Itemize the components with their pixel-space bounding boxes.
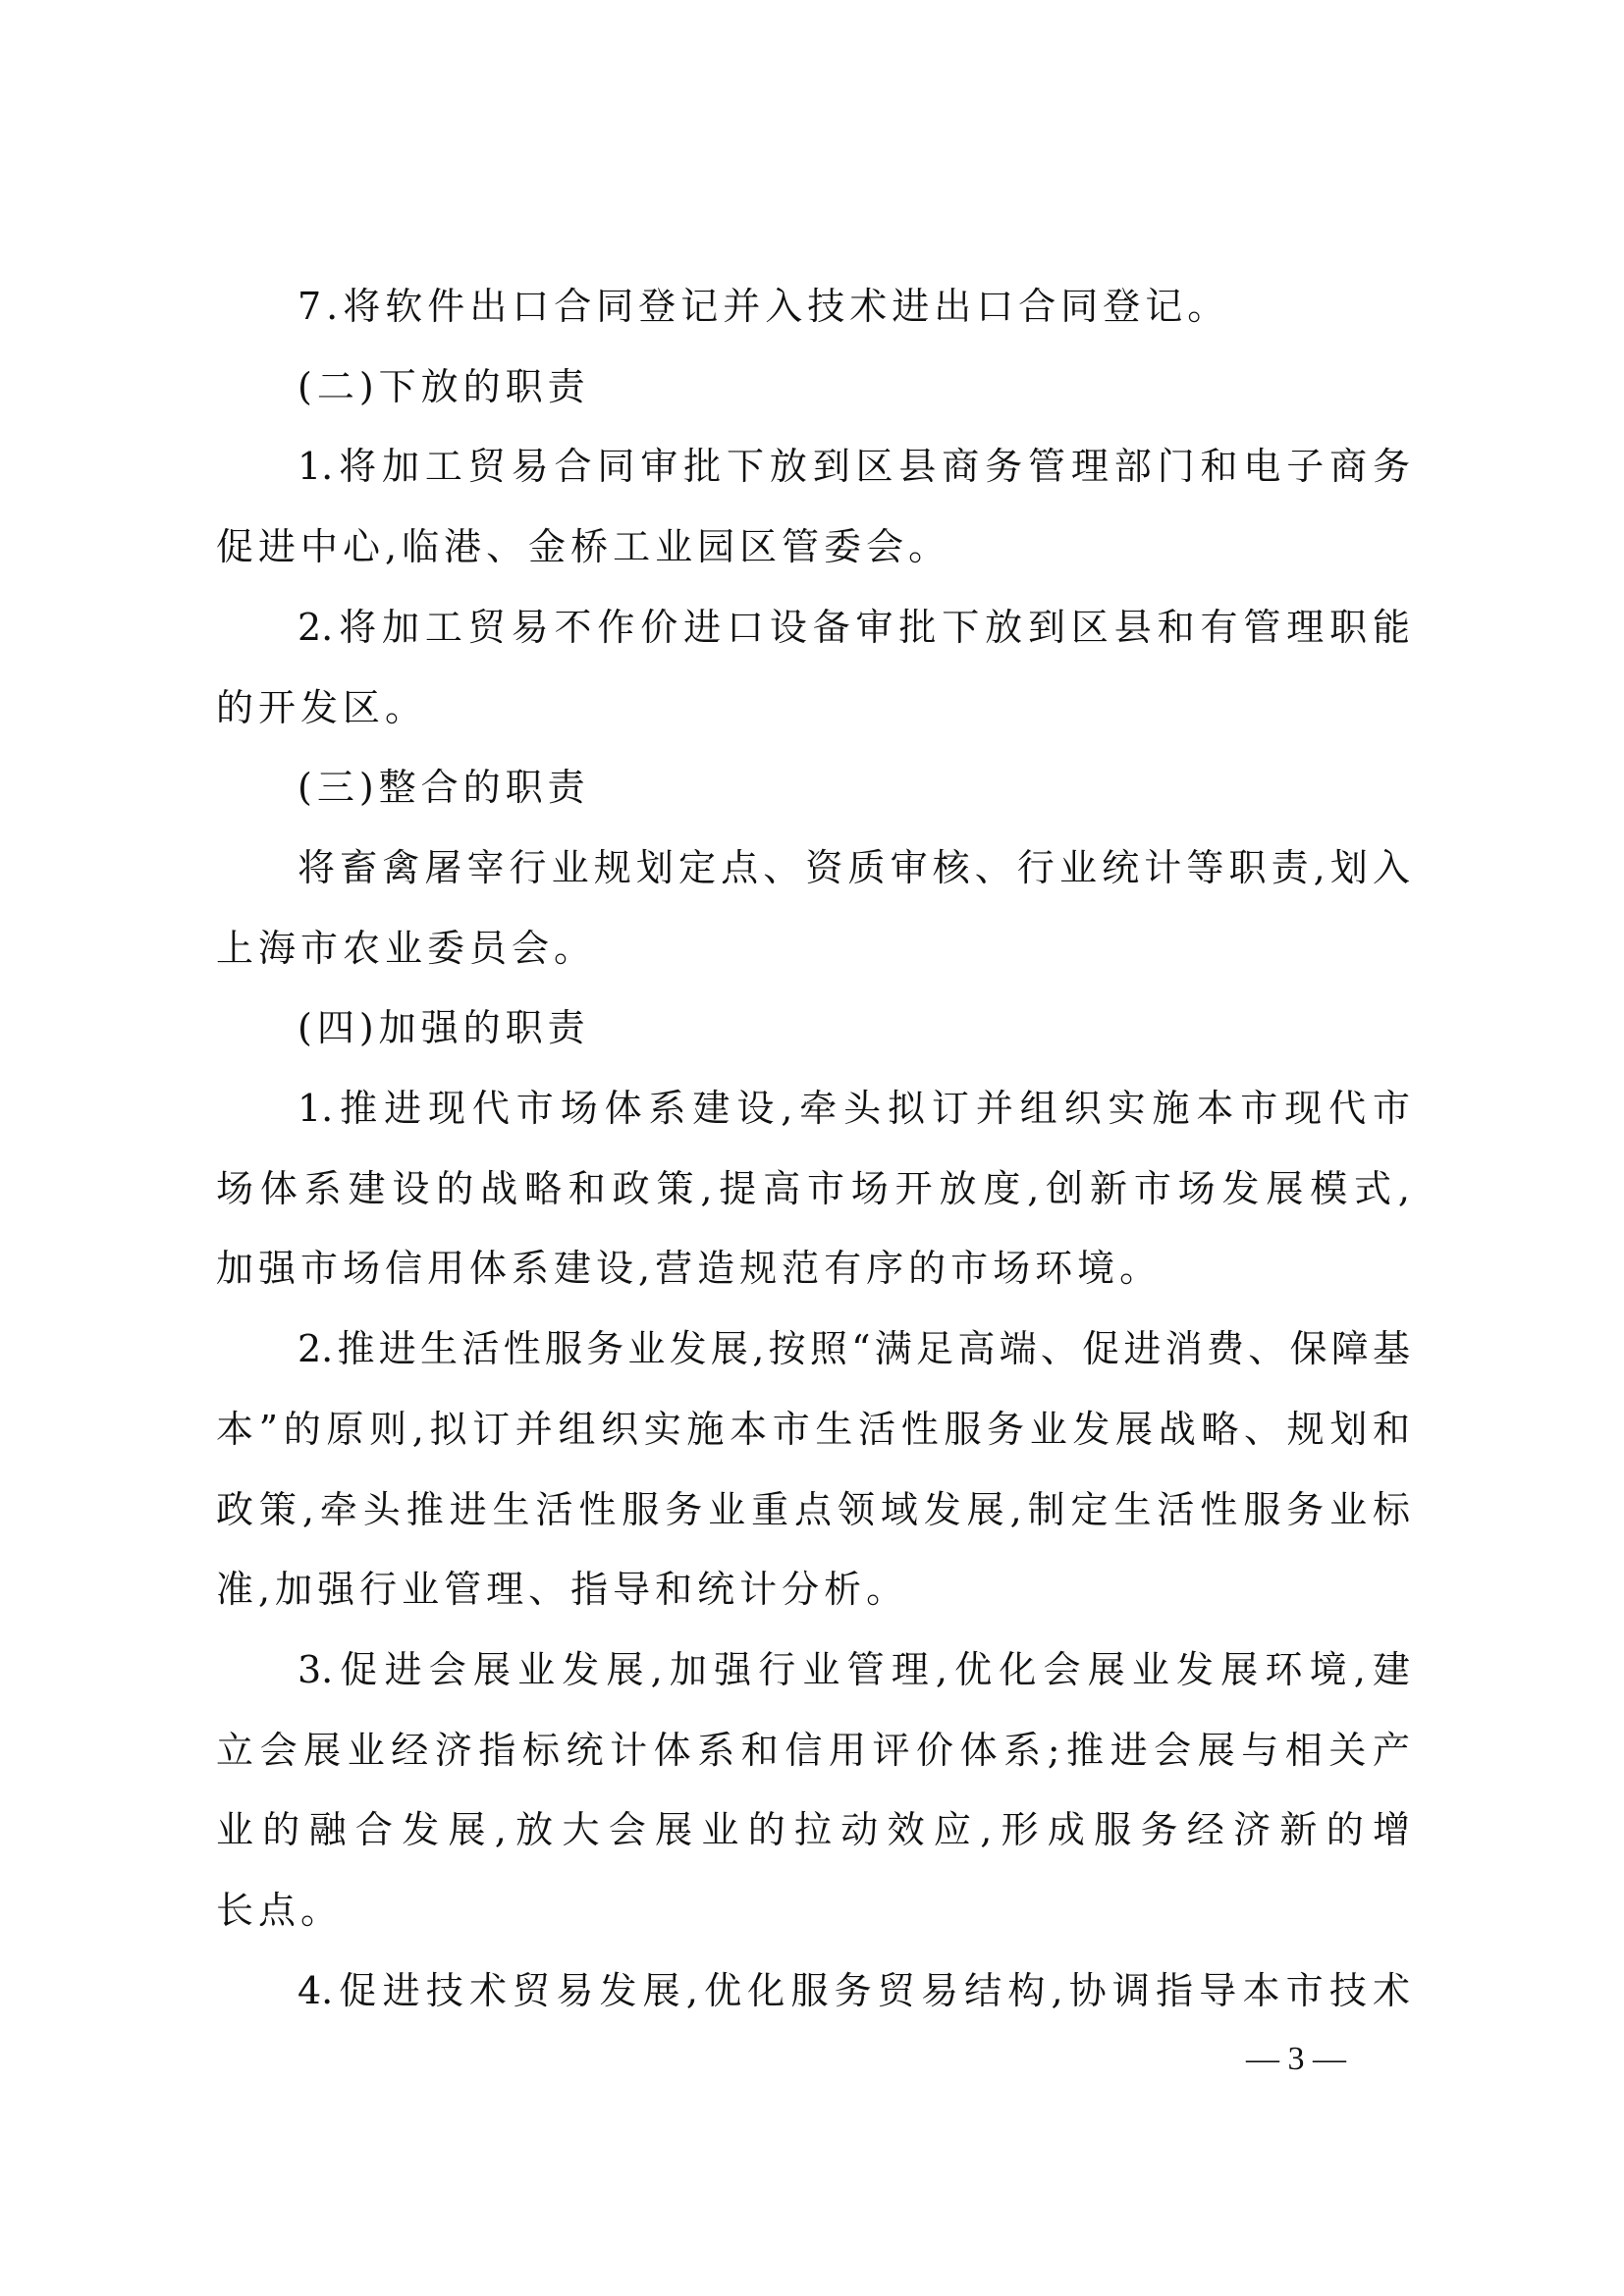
text-line-15: 本”的原则,拟订并组织实施本市生活性服务业发展战略、规划和	[216, 1389, 1410, 1469]
text-line-4: 促进中心,临港、金桥工业园区管委会。	[216, 507, 1410, 587]
section-heading-strengthened: (四)加强的职责	[298, 988, 1410, 1068]
text-line-16: 政策,牵头推进生活性服务业重点领域发展,制定生活性服务业标	[216, 1469, 1410, 1550]
text-line-22: 4.促进技术贸易发展,优化服务贸易结构,协调指导本市技术	[298, 1950, 1410, 2031]
text-line-11: 1.推进现代市场体系建设,牵头拟订并组织实施本市现代市	[298, 1068, 1410, 1148]
text-line-12: 场体系建设的战略和政策,提高市场开放度,创新市场发展模式,	[216, 1148, 1410, 1229]
text-line-6: 的开发区。	[216, 667, 1410, 748]
text-line-3: 1.将加工贸易合同审批下放到区县商务管理部门和电子商务	[298, 426, 1410, 507]
text-line-13: 加强市场信用体系建设,营造规范有序的市场环境。	[216, 1228, 1410, 1308]
document-page: 7.将软件出口合同登记并入技术进出口合同登记。 (二)下放的职责 1.将加工贸易…	[0, 0, 1624, 2296]
text-line-1: 7.将软件出口合同登记并入技术进出口合同登记。	[298, 266, 1410, 347]
text-line-5: 2.将加工贸易不作价进口设备审批下放到区县和有管理职能	[298, 587, 1410, 667]
text-line-21: 长点。	[216, 1870, 1410, 1950]
text-line-9: 上海市农业委员会。	[216, 908, 1410, 988]
page-number: — 3 —	[1218, 2034, 1375, 2085]
text-line-19: 立会展业经济指标统计体系和信用评价体系;推进会展与相关产	[216, 1710, 1410, 1790]
text-line-20: 业的融合发展,放大会展业的拉动效应,形成服务经济新的增	[216, 1789, 1410, 1870]
text-line-14: 2.推进生活性服务业发展,按照“满足高端、促进消费、保障基	[298, 1308, 1410, 1389]
text-line-17: 准,加强行业管理、指导和统计分析。	[216, 1549, 1410, 1629]
text-line-18: 3.促进会展业发展,加强行业管理,优化会展业发展环境,建	[298, 1629, 1410, 1710]
section-heading-delegated: (二)下放的职责	[298, 347, 1410, 427]
section-heading-integrated: (三)整合的职责	[298, 747, 1410, 828]
text-line-8: 将畜禽屠宰行业规划定点、资质审核、行业统计等职责,划入	[298, 828, 1410, 908]
